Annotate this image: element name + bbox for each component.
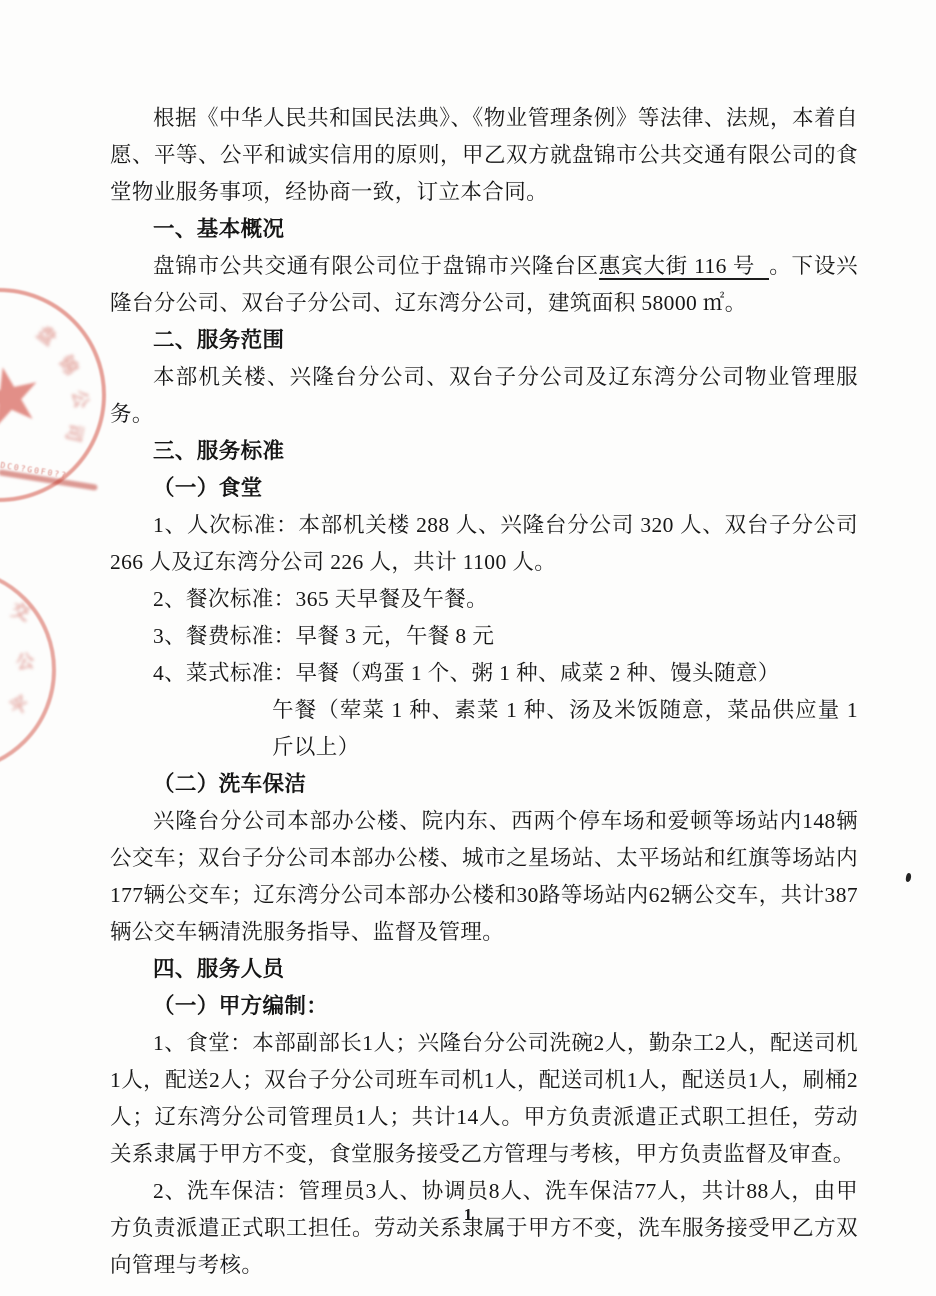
- text-segment: 根据《中华人民共和国民法典》、《物业管理条例》等法律、法规，本着自愿、平等、公平…: [110, 106, 858, 204]
- section-3-sub-1-heading: （一）食堂: [110, 470, 858, 507]
- text-segment: 午餐（荤菜 1 种、素菜 1 种、汤及米饭随意，菜品供应量 1 斤以上）: [272, 698, 858, 759]
- lower-seal-arc-glyph: 交: [8, 596, 34, 627]
- ink-speck: [905, 873, 911, 883]
- section-4-heading: 四、服务人员: [110, 951, 858, 988]
- upper-seal-arc-glyph: 司: [60, 421, 89, 444]
- section-2-heading: 二、服务范围: [110, 322, 858, 359]
- text-segment: 3、餐费标准：早餐 3 元，午餐 8 元: [153, 624, 494, 648]
- upper-seal-arc-glyph: 公: [66, 387, 95, 410]
- seal-star-icon: ★: [0, 352, 51, 443]
- page-number: 1: [0, 1205, 936, 1225]
- canteen-item-3: 3、餐费标准：早餐 3 元，午餐 8 元: [110, 618, 858, 655]
- underlined-address-text: 惠宾大街 116 号: [599, 254, 769, 280]
- text-segment: 本部机关楼、兴隆台分公司、双台子分公司及辽东湾分公司物业管理服务。: [110, 365, 858, 426]
- text-segment: （二）洗车保洁: [153, 772, 306, 796]
- text-segment: 四、服务人员: [153, 957, 284, 981]
- lower-seal-arc-glyph: 平: [5, 689, 33, 720]
- canteen-item-4-breakfast: 4、菜式标准：早餐（鸡蛋 1 个、粥 1 种、咸菜 2 种、馒头随意）: [110, 655, 858, 692]
- lower-seal-arc-glyph: 公: [15, 647, 36, 675]
- upper-seal-arc-glyph: 锦: [53, 350, 85, 379]
- section-3-sub-2-heading: （二）洗车保洁: [110, 766, 858, 803]
- staff-item-2: 2、洗车保洁：管理员3人、协调员8人、洗车保洁77人，共计88人，由甲方负责派遣…: [110, 1173, 858, 1284]
- text-segment: （一）食堂: [153, 476, 263, 500]
- scanned-contract-page: ★ 盘 锦 公 司 DC0?G0F0?? 交 公 平 根据《中华人民共和国民法典…: [0, 0, 936, 1296]
- section-3-heading: 三、服务标准: [110, 433, 858, 470]
- carwash-body: 兴隆台分公司本部办公楼、院内东、西两个停车场和爱顿等场站内148辆公交车；双台子…: [110, 803, 858, 951]
- text-segment: 盘锦市公共交通有限公司位于盘锦市兴隆台区: [153, 254, 599, 278]
- text-segment: 1、人次标准：本部机关楼 288 人、兴隆台分公司 320 人、双台子分公司 2…: [110, 513, 858, 574]
- canteen-item-4-lunch: 午餐（荤菜 1 种、素菜 1 种、汤及米饭随意，菜品供应量 1 斤以上）: [110, 692, 858, 766]
- text-segment: （一）甲方编制：: [153, 994, 328, 1018]
- document-body: 根据《中华人民共和国民法典》、《物业管理条例》等法律、法规，本着自愿、平等、公平…: [110, 100, 858, 1284]
- text-segment: 2、餐次标准：365 天早餐及午餐。: [153, 587, 488, 611]
- text-segment: 兴隆台分公司本部办公楼、院内东、西两个停车场和爱顿等场站内148辆公交车；双台子…: [110, 809, 858, 944]
- text-segment: 三、服务标准: [153, 439, 284, 463]
- text-segment: 1、食堂：本部副部长1人；兴隆台分公司洗碗2人，勤杂工2人，配送司机1人，配送2…: [110, 1031, 858, 1166]
- upper-official-seal-circle-icon: [0, 288, 106, 502]
- text-segment: 2、洗车保洁：管理员3人、协调员8人、洗车保洁77人，共计88人，由甲方负责派遣…: [110, 1179, 858, 1277]
- seal-ink-smear: [0, 469, 98, 491]
- section-1-body: 盘锦市公共交通有限公司位于盘锦市兴隆台区惠宾大街 116 号。下设兴隆台分公司、…: [110, 248, 858, 322]
- staff-item-1: 1、食堂：本部副部长1人；兴隆台分公司洗碗2人，勤杂工2人，配送司机1人，配送2…: [110, 1025, 858, 1173]
- canteen-item-1: 1、人次标准：本部机关楼 288 人、兴隆台分公司 320 人、双台子分公司 2…: [110, 507, 858, 581]
- text-segment: 4、菜式标准：早餐（鸡蛋 1 个、粥 1 种、咸菜 2 种、馒头随意）: [153, 661, 780, 685]
- upper-seal-arc-glyph: 盘: [32, 319, 62, 351]
- section-2-body: 本部机关楼、兴隆台分公司、双台子分公司及辽东湾分公司物业管理服务。: [110, 359, 858, 433]
- text-segment: 二、服务范围: [153, 328, 284, 352]
- intro-paragraph: 根据《中华人民共和国民法典》、《物业管理条例》等法律、法规，本着自愿、平等、公平…: [110, 100, 858, 211]
- lower-official-seal-circle-icon: [0, 567, 56, 773]
- canteen-item-2: 2、餐次标准：365 天早餐及午餐。: [110, 581, 858, 618]
- seal-serial-marks: DC0?G0F0??: [0, 461, 68, 481]
- text-segment: 一、基本概况: [153, 217, 284, 241]
- section-4-sub-1-heading: （一）甲方编制：: [110, 988, 858, 1025]
- section-1-heading: 一、基本概况: [110, 211, 858, 248]
